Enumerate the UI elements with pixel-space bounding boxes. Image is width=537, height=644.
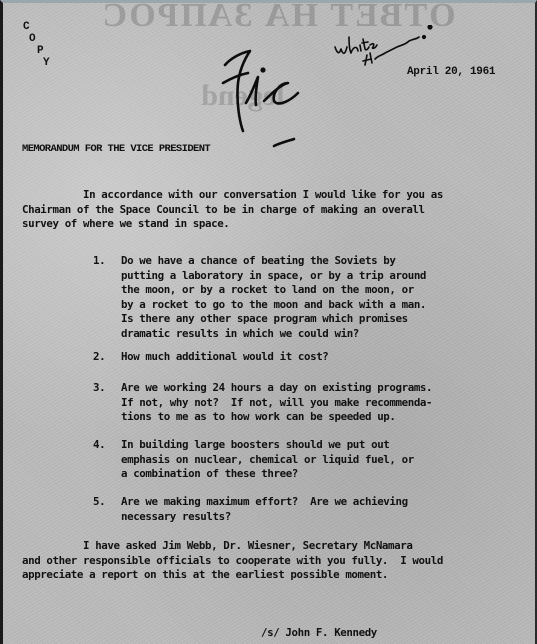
question-number: 5. <box>93 495 105 510</box>
bleed-through-text: ОТВЕТ НА ЗАПРОС <box>23 0 533 35</box>
question-text: How much additional would it cost? <box>121 350 328 365</box>
copy-stamp: C O P Y <box>23 21 50 69</box>
question-text: Are we making maximum effort? Are we ach… <box>121 495 408 524</box>
question-text: In building large boosters should we put… <box>121 438 414 482</box>
handwritten-file-annotation: File <box>218 43 328 153</box>
question-number: 2. <box>93 350 105 365</box>
memo-date: April 20, 1961 <box>407 66 495 78</box>
question-number: 1. <box>93 254 105 269</box>
copy-letter: C <box>23 21 50 33</box>
copy-letter: Y <box>43 57 50 69</box>
question-text: Do we have a chance of beating the Sovie… <box>121 254 426 341</box>
intro-paragraph: In accordance with our conversation I wo… <box>22 188 443 232</box>
question-number: 4. <box>93 438 105 453</box>
memo-heading: MEMORANDUM FOR THE VICE PRESIDENT <box>22 143 210 155</box>
copy-letter: O <box>29 33 50 45</box>
memo-page: ОТВЕТ НА ЗАПРОС legend C O P Y File Whit… <box>0 0 537 644</box>
closing-paragraph: I have asked Jim Webb, Dr. Wiesner, Secr… <box>22 539 443 583</box>
signature: /s/ John F. Kennedy <box>261 626 377 641</box>
question-text: Are we working 24 hours a day on existin… <box>121 381 432 425</box>
question-number: 3. <box>93 381 105 396</box>
copy-letter: P <box>37 45 50 57</box>
